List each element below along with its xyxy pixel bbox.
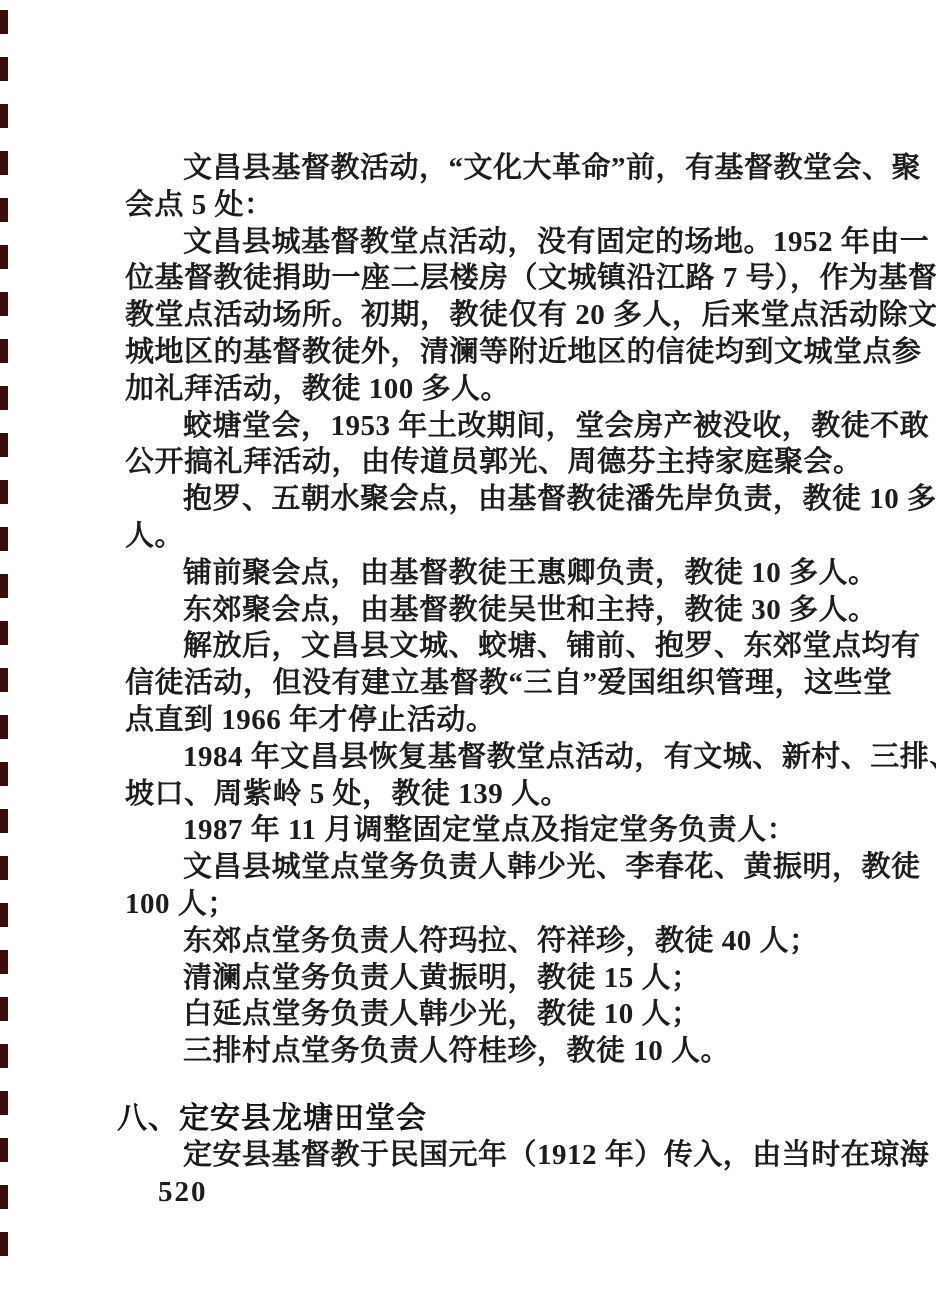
scan-edge-mark — [0, 668, 8, 692]
section-heading: 八、定安县龙塘田堂会 — [117, 1100, 825, 1137]
text-line: 信徒活动，但没有建立基督教“三自”爱国组织管理，这些堂 — [125, 665, 825, 702]
scan-edge-mark — [0, 621, 8, 645]
scan-edge-mark — [0, 10, 8, 34]
scan-edge-mark — [0, 1091, 8, 1115]
scan-edge-mark — [0, 715, 8, 739]
text-line: 教堂点活动场所。初期，教徒仅有 20 多人，后来堂点活动除文 — [125, 297, 825, 334]
text-line: 加礼拜活动，教徒 100 多人。 — [125, 371, 825, 408]
text-line: 文昌县城堂点堂务负责人韩少光、李春花、黄振明，教徒 — [125, 849, 825, 886]
scan-edge-mark — [0, 339, 8, 363]
text-line: 坡口、周紫岭 5 处，教徒 139 人。 — [125, 776, 825, 813]
scan-edge-mark — [0, 198, 8, 222]
text-line: 三排村点堂务负责人符桂珍，教徒 10 人。 — [125, 1033, 825, 1070]
scan-edge-mark — [0, 574, 8, 598]
text-line: 清澜点堂务负责人黄振明，教徒 15 人； — [125, 960, 825, 997]
scan-edge-mark — [0, 950, 8, 974]
text-line: 东郊聚会点，由基督教徒吴世和主持，教徒 30 多人。 — [125, 592, 825, 629]
scan-edge-mark — [0, 527, 8, 551]
scan-edge-mark — [0, 1044, 8, 1068]
edge-marks — [0, 0, 14, 1310]
scan-edge-mark — [0, 245, 8, 269]
scan-edge-mark — [0, 104, 8, 128]
scan-edge-mark — [0, 1185, 8, 1209]
text-line: 东郊点堂务负责人符玛拉、符祥珍，教徒 40 人； — [125, 923, 825, 960]
scan-edge-mark — [0, 1232, 8, 1256]
scan-edge-mark — [0, 856, 8, 880]
text-line: 城地区的基督教徒外，清澜等附近地区的信徒均到文城堂点参 — [125, 334, 825, 371]
text-line: 人。 — [125, 518, 825, 555]
text-line: 1984 年文昌县恢复基督教堂点活动，有文城、新村、三排、 — [125, 739, 825, 776]
text-line: 100 人； — [125, 886, 825, 923]
scan-edge-mark — [0, 809, 8, 833]
text-line: 铺前聚会点，由基督教徒王惠卿负责，教徒 10 多人。 — [125, 555, 825, 592]
scan-edge-mark — [0, 433, 8, 457]
scanned-book-page: 文昌县基督教活动，“文化大革命”前，有基督教堂会、聚 会点 5 处： 文昌县城基… — [0, 0, 936, 1310]
page-number: 520 — [158, 1176, 208, 1209]
text-line: 定安县基督教于民国元年（1912 年）传入，由当时在琼海 — [125, 1137, 825, 1174]
text-line: 点直到 1966 年才停止活动。 — [125, 702, 825, 739]
scan-edge-mark — [0, 386, 8, 410]
body-text: 文昌县基督教活动，“文化大革命”前，有基督教堂会、聚 会点 5 处： 文昌县城基… — [125, 150, 825, 1174]
text-line: 文昌县城基督教堂点活动，没有固定的场地。1952 年由一 — [125, 224, 825, 261]
text-line: 公开搞礼拜活动，由传道员郭光、周德芬主持家庭聚会。 — [125, 444, 825, 481]
scan-edge-mark — [0, 151, 8, 175]
text-line: 白延点堂务负责人韩少光，教徒 10 人； — [125, 996, 825, 1033]
text-line: 位基督教徒捐助一座二层楼房（文城镇沿江路 7 号），作为基督 — [125, 260, 825, 297]
text-line: 会点 5 处： — [125, 187, 825, 224]
scan-edge-mark — [0, 762, 8, 786]
scan-edge-mark — [0, 57, 8, 81]
text-line: 文昌县基督教活动，“文化大革命”前，有基督教堂会、聚 — [125, 150, 825, 187]
scan-edge-mark — [0, 1138, 8, 1162]
scan-edge-mark — [0, 292, 8, 316]
scan-edge-mark — [0, 997, 8, 1021]
text-line: 抱罗、五朝水聚会点，由基督教徒潘先岸负责，教徒 10 多 — [125, 481, 825, 518]
text-line: 1987 年 11 月调整固定堂点及指定堂务负责人： — [125, 812, 825, 849]
scan-edge-mark — [0, 903, 8, 927]
text-line: 蛟塘堂会，1953 年土改期间，堂会房产被没收，教徒不敢 — [125, 408, 825, 445]
text-line: 解放后，文昌县文城、蛟塘、铺前、抱罗、东郊堂点均有 — [125, 628, 825, 665]
scan-edge-mark — [0, 480, 8, 504]
